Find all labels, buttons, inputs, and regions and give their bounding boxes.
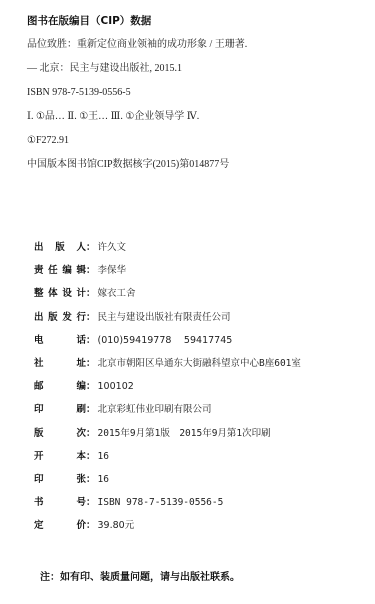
label-isbn: 书 号 <box>34 496 86 510</box>
cip-line-book-title: 品位致胜：重新定位商业领袖的成功形象 / 王珊著. <box>27 38 367 52</box>
cip-line-record-number: 中国版本图书馆CIP数据核字(2015)第014877号 <box>27 158 367 172</box>
colon: ： <box>86 427 96 441</box>
label-char: 版 <box>48 311 58 325</box>
row-distribution: 出 版 发 行 ： 民主与建设出版社有限责任公司 <box>34 311 369 325</box>
label-edition: 版 次 <box>34 427 86 441</box>
label-char: 址 <box>76 357 86 371</box>
label-publisher-person: 出 版 人 <box>34 241 86 255</box>
label-address: 社 址 <box>34 357 86 371</box>
row-printer: 印 刷 ： 北京彩虹伟业印刷有限公司 <box>34 403 369 417</box>
label-char: 责 <box>34 264 44 278</box>
colon: ： <box>86 357 96 371</box>
row-price: 定 价 ： 39.80元 <box>34 519 369 533</box>
label-char: 张 <box>76 473 86 487</box>
label-char: 书 <box>34 496 44 510</box>
colophon-block: 出 版 人 ： 许久文 责 任 编 辑 ： 李保华 整 体 设 计 ： 嫁衣工舍… <box>34 241 369 542</box>
value-distribution: 民主与建设出版社有限责任公司 <box>98 311 231 325</box>
colon: ： <box>86 473 96 487</box>
label-char: 版 <box>34 427 44 441</box>
label-printer: 印 刷 <box>34 403 86 417</box>
value-phone: (010)59419778 59417745 <box>98 334 233 348</box>
colon: ： <box>86 334 96 348</box>
colon: ： <box>86 519 96 533</box>
label-char: 邮 <box>34 380 44 394</box>
label-char: 开 <box>34 450 44 464</box>
cip-line-publisher: — 北京：民主与建设出版社, 2015.1 <box>27 62 367 76</box>
label-char: 号 <box>76 496 86 510</box>
label-char: 定 <box>34 519 44 533</box>
label-char: 出 <box>34 311 44 325</box>
value-design: 嫁衣工舍 <box>98 287 136 301</box>
label-char: 刷 <box>76 403 86 417</box>
cip-title: 图书在版编目（CIP）数据 <box>27 14 367 28</box>
label-design: 整 体 设 计 <box>34 287 86 301</box>
colon: ： <box>86 311 96 325</box>
label-char: 整 <box>34 287 44 301</box>
label-char: 行 <box>76 311 86 325</box>
value-address: 北京市朝阳区阜通东大街融科望京中心B座601室 <box>98 357 301 371</box>
label-char: 次 <box>76 427 86 441</box>
cip-line-class-number: ①F272.91 <box>27 134 367 148</box>
label-char: 价 <box>76 519 86 533</box>
row-editor: 责 任 编 辑 ： 李保华 <box>34 264 369 278</box>
label-format: 开 本 <box>34 450 86 464</box>
label-price: 定 价 <box>34 519 86 533</box>
cip-line-classification: Ⅰ. ①品… Ⅱ. ①王… Ⅲ. ①企业领导学 Ⅳ. <box>27 110 367 124</box>
colon: ： <box>86 403 96 417</box>
quality-note: 注：如有印、装质量问题，请与出版社联系。 <box>40 571 240 585</box>
label-char: 话 <box>76 334 86 348</box>
label-char: 本 <box>76 450 86 464</box>
value-sheets: 16 <box>98 473 109 487</box>
label-char: 编 <box>62 264 72 278</box>
label-char: 设 <box>62 287 72 301</box>
row-postcode: 邮 编 ： 100102 <box>34 380 369 394</box>
colon: ： <box>86 287 96 301</box>
label-char: 编 <box>76 380 86 394</box>
colon: ： <box>86 241 96 255</box>
colon: ： <box>86 264 96 278</box>
label-char: 计 <box>76 287 86 301</box>
label-char: 印 <box>34 403 44 417</box>
label-distribution: 出 版 发 行 <box>34 311 86 325</box>
label-char: 辑 <box>76 264 86 278</box>
colon: ： <box>86 450 96 464</box>
value-isbn: ISBN 978-7-5139-0556-5 <box>98 496 224 510</box>
row-phone: 电 话 ： (010)59419778 59417745 <box>34 334 369 348</box>
row-publisher-person: 出 版 人 ： 许久文 <box>34 241 369 255</box>
label-phone: 电 话 <box>34 334 86 348</box>
label-char: 印 <box>34 473 44 487</box>
row-address: 社 址 ： 北京市朝阳区阜通东大街融科望京中心B座601室 <box>34 357 369 371</box>
value-postcode: 100102 <box>98 380 134 394</box>
row-design: 整 体 设 计 ： 嫁衣工舍 <box>34 287 369 301</box>
row-sheets: 印 张 ： 16 <box>34 473 369 487</box>
value-editor: 李保华 <box>98 264 127 278</box>
row-edition: 版 次 ： 2015年9月第1版 2015年9月第1次印刷 <box>34 427 369 441</box>
value-publisher-person: 许久文 <box>98 241 127 255</box>
value-edition: 2015年9月第1版 2015年9月第1次印刷 <box>98 427 271 441</box>
value-format: 16 <box>98 450 109 464</box>
cip-data-block: 图书在版编目（CIP）数据 品位致胜：重新定位商业领袖的成功形象 / 王珊著. … <box>27 12 367 172</box>
colon: ： <box>86 380 96 394</box>
colon: ： <box>86 496 96 510</box>
label-char: 发 <box>62 311 72 325</box>
label-char: 体 <box>48 287 58 301</box>
label-char: 人 <box>76 241 86 255</box>
label-char: 电 <box>34 334 44 348</box>
cip-line-isbn: ISBN 978-7-5139-0556-5 <box>27 86 367 100</box>
value-price: 39.80元 <box>98 519 135 533</box>
label-char: 社 <box>34 357 44 371</box>
row-format: 开 本 ： 16 <box>34 450 369 464</box>
label-editor: 责 任 编 辑 <box>34 264 86 278</box>
label-char: 版 <box>55 241 65 255</box>
value-printer: 北京彩虹伟业印刷有限公司 <box>98 403 212 417</box>
label-char: 任 <box>48 264 58 278</box>
label-sheets: 印 张 <box>34 473 86 487</box>
row-isbn: 书 号 ： ISBN 978-7-5139-0556-5 <box>34 496 369 510</box>
label-postcode: 邮 编 <box>34 380 86 394</box>
label-char: 出 <box>34 241 44 255</box>
